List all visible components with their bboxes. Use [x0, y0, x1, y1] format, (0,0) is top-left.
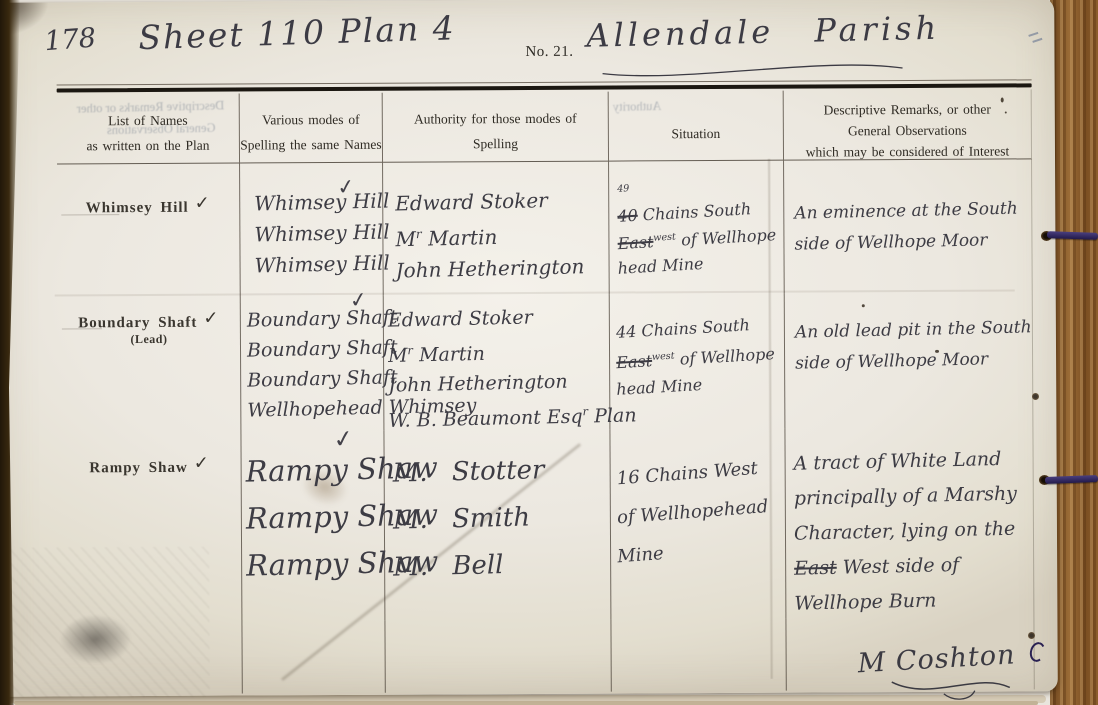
check-icon: ✓: [203, 308, 219, 328]
handwritten-line: Mr Martin: [395, 215, 609, 255]
authority-cell: Edward StokerMr MartinJohn HetheringtonW…: [384, 295, 611, 431]
empty-cell: [385, 620, 611, 693]
handwritten-line: Whimsey Hill: [254, 217, 383, 251]
handwritten-line: Wellhope Burn: [794, 581, 1034, 621]
ink-speck: [935, 350, 939, 353]
signature-flourish: [886, 673, 1016, 702]
column-header-line: Spelling the same Names: [240, 132, 382, 158]
situation-cell: 16 Chains Westof WellhopeheadMine: [610, 429, 786, 620]
handwritten-line: Rampy Shaw: [245, 493, 384, 543]
remarks-cell: An eminence at the Southside of Wellhope…: [784, 159, 1033, 293]
spellings-cell: Whimsey HillWhimsey HillWhimsey Hill: [240, 163, 384, 297]
empty-cell: [242, 621, 385, 694]
handwritten-line: Boundary Shaft: [247, 363, 384, 396]
handwritten-line: M. Stotter: [392, 446, 610, 498]
handwritten-line: Wellhopehead Whimsey: [247, 393, 384, 426]
situation-cell: 44 Chains SouthEastwest of Wellhopehead …: [610, 294, 786, 430]
handwritten-line: Edward Stoker: [395, 184, 609, 220]
handwritten-line: Mr Martin: [388, 331, 610, 371]
ink-speck: [1001, 98, 1004, 103]
binding-hole: [1032, 393, 1039, 400]
remarks-cell: An old lead pit in the Southside of Well…: [785, 292, 1034, 428]
ink-speck: [1005, 111, 1007, 113]
column-header-line: Spelling: [383, 131, 608, 157]
page-number-label: No. 21.: [525, 44, 573, 61]
handwritten-line: Boundary Shaft: [247, 333, 384, 366]
handwritten-line: M. Bell: [393, 540, 611, 592]
handwritten-line: side of Wellhope Moor: [794, 224, 1032, 260]
handwritten-line: Rampy Shaw: [246, 540, 385, 590]
empty-cell: [59, 621, 242, 694]
authority-cell: Edward StokerMr MartinJohn Hetherington: [383, 162, 610, 296]
scanned-page-canvas: Descriptive Remarks or other General Obs…: [0, 0, 1098, 705]
column-header-line: Situation: [609, 121, 783, 147]
pencil-guide-line: [62, 328, 102, 329]
handwritten-line: Rampy Shaw: [245, 446, 384, 496]
stamp-mark: [1028, 32, 1038, 37]
handwritten-line: John Hetherington: [395, 250, 609, 286]
check-icon: ✓: [335, 174, 356, 201]
empty-cell: [611, 619, 786, 692]
column-header-remarks: Descriptive Remarks, or otherGeneral Obs…: [784, 89, 1032, 160]
handwritten-line: principally of a Marshy: [793, 476, 1033, 516]
sheet-title: Sheet 110 Plan 4: [138, 8, 456, 57]
column-header-authority: Authority for those modes ofSpelling: [383, 92, 609, 163]
page-stack-edge: [14, 701, 1038, 705]
name-cell: Boundary Shaft✓(Lead): [58, 297, 242, 433]
column-header-line: Authority for those modes of: [383, 106, 608, 132]
handwritten-line: side of Wellhope Moor: [795, 343, 1033, 379]
column-header-names: List of Namesas written on the Plan: [57, 94, 240, 165]
parish-underline-flourish: [598, 56, 908, 82]
name-cell: Whimsey Hill✓: [57, 164, 241, 298]
column-header-spellings: Various modes ofSpelling the same Names: [240, 93, 383, 164]
name-book-table: List of Namesas written on the Plan Vari…: [57, 89, 1035, 694]
name-book-page: Descriptive Remarks or other General Obs…: [0, 0, 1058, 697]
handwritten-line: M. Smith: [392, 493, 610, 545]
stamp-mark: [1032, 38, 1042, 43]
situation-cell: 4940 Chains SouthEastwest of Wellhopehea…: [609, 161, 785, 295]
handwritten-line: Character, lying on the: [794, 511, 1034, 551]
column-header-line: List of Names: [57, 108, 239, 134]
handwritten-line: Whimsey Hill: [254, 248, 383, 282]
plan-name-sublabel: (Lead): [58, 332, 240, 348]
authority-cell: M. StotterM. SmithM. Bell: [384, 430, 611, 621]
handwritten-line: Whimsey Hill: [254, 186, 383, 220]
column-header-line: General Observations: [784, 119, 1031, 141]
column-header-situation: Situation: [609, 91, 784, 162]
spellings-cell: Rampy ShawRampy ShawRampy Shaw: [241, 431, 385, 622]
check-icon: ✓: [331, 424, 355, 456]
plan-name-label: Rampy Shaw✓: [59, 456, 241, 478]
column-header-line: Descriptive Remarks, or other: [784, 98, 1031, 120]
name-cell: Rampy Shaw✓: [58, 432, 242, 623]
check-icon: ✓: [195, 193, 211, 213]
check-icon: ✓: [194, 453, 210, 473]
handwritten-line: East West side of: [794, 546, 1034, 586]
spellings-cell: Boundary ShaftBoundary ShaftBoundary Sha…: [241, 296, 385, 432]
column-header-line: Various modes of: [240, 107, 382, 133]
check-icon: ✓: [348, 287, 369, 314]
ink-speck: [862, 304, 865, 307]
binding-hole: [1028, 632, 1035, 639]
parish-title: Allendale Parish: [586, 9, 941, 55]
handwritten-line: A tract of White Land: [793, 441, 1033, 481]
column-header-line: as written on the Plan: [57, 133, 239, 159]
remarks-cell: A tract of White Landprincipally of a Ma…: [785, 427, 1034, 618]
